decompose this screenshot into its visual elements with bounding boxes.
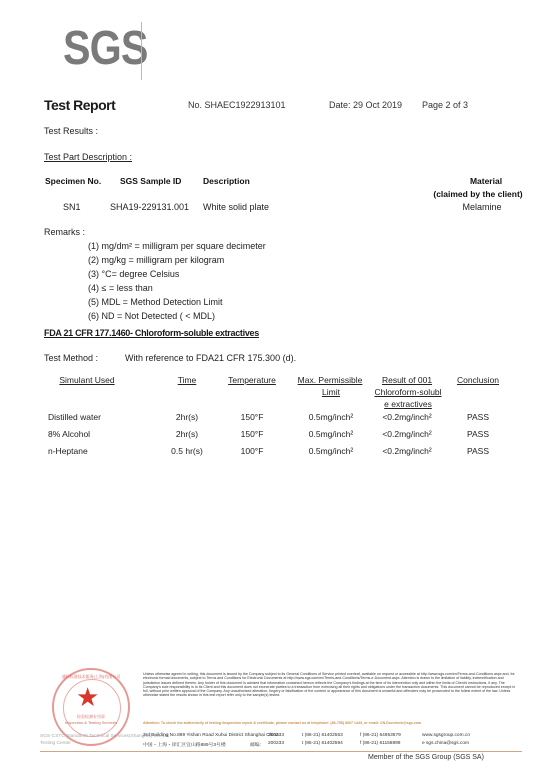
remarks-label: Remarks : <box>44 227 85 237</box>
test-results-label: Test Results : <box>44 126 98 136</box>
footer-divider <box>40 751 522 752</box>
cell-simulant: 8% Alcohol <box>48 429 90 439</box>
cell-result: <0.2mg/inch² <box>382 446 431 456</box>
remark-item: (3) °C= degree Celsius <box>88 269 179 279</box>
col-result-line1: Result of 001 <box>382 374 432 386</box>
cell-limit: 0.5mg/inch² <box>309 429 353 439</box>
company-testing-center: Testing Center <box>40 741 71 746</box>
col-specimen-no: Specimen No. <box>45 176 101 186</box>
remark-item: (6) ND = Not Detected ( < MDL) <box>88 311 215 321</box>
postcode-en: 200233 <box>268 733 284 738</box>
cell-temperature: 100°F <box>241 446 264 456</box>
report-date: Date: 29 Oct 2019 <box>329 100 402 110</box>
col-result-line3: e extractives <box>384 398 432 410</box>
cell-time: 2hr(s) <box>176 429 198 439</box>
tel-2: t (86-21) 61402594 <box>302 741 343 746</box>
seal-top-text: 通标标准技术服务(上海)有限公司 <box>54 674 128 680</box>
cell-conclusion: PASS <box>467 429 489 439</box>
website-link[interactable]: www.sgsgroup.com.cn <box>422 733 470 738</box>
col-limit-line2: Limit <box>322 386 340 398</box>
col-material-claim: (claimed by the client) <box>433 189 522 199</box>
tel-1: t (86-21) 61402553 <box>302 733 343 738</box>
col-description: Description <box>203 176 250 186</box>
col-sgs-sample-id: SGS Sample ID <box>120 176 181 186</box>
page-number: Page 2 of 3 <box>422 100 468 110</box>
description-value: White solid plate <box>203 202 269 212</box>
member-text: Member of the SGS Group (SGS SA) <box>368 754 484 761</box>
seal-bottom-text: Inspection & Testing Services <box>54 720 128 725</box>
cell-limit: 0.5mg/inch² <box>309 446 353 456</box>
sample-id-value: SHA19-229131.001 <box>110 202 189 212</box>
cell-temperature: 150°F <box>241 412 264 422</box>
cell-simulant: Distilled water <box>48 412 101 422</box>
authenticity-notice: Attention: To check the authenticity of … <box>143 721 521 725</box>
remark-item: (2) mg/kg = milligram per kilogram <box>88 255 224 265</box>
col-temperature: Temperature <box>228 374 276 386</box>
address-en: 3rd Building No.889 Yishan Road Xuhui Di… <box>143 733 279 738</box>
fax-2: f (86-21) 61156899 <box>360 741 400 746</box>
legal-disclaimer: Unless otherwise agreed in writing, this… <box>143 672 521 698</box>
address-cn: 中国・上海・徐汇区宜山路889号3号楼 <box>143 741 226 748</box>
specimen-no-value: SN1 <box>63 202 81 212</box>
cell-conclusion: PASS <box>467 446 489 456</box>
postcode-cn-label: 邮编: <box>250 741 261 748</box>
remark-item: (4) ≤ = less than <box>88 283 153 293</box>
postcode-cn: 200233 <box>268 741 284 746</box>
cell-time: 0.5 hr(s) <box>171 446 203 456</box>
star-icon: ★ <box>76 684 99 710</box>
col-time: Time <box>178 374 197 386</box>
fda-section-title: FDA 21 CFR 177.1460- Chloroform-soluble … <box>44 328 259 338</box>
fax-1: f (86-21) 64953679 <box>360 733 401 738</box>
logo-divider <box>141 22 142 80</box>
cell-time: 2hr(s) <box>176 412 198 422</box>
report-title: Test Report <box>44 97 115 113</box>
col-result-line2: Chloroform-solubl <box>374 386 441 398</box>
cell-simulant: n-Heptane <box>48 446 88 456</box>
cell-result: <0.2mg/inch² <box>382 412 431 422</box>
cell-limit: 0.5mg/inch² <box>309 412 353 422</box>
col-material: Material <box>470 176 502 186</box>
col-conclusion: Conclusion <box>457 374 499 386</box>
report-number: No. SHAEC1922913101 <box>188 100 286 110</box>
col-simulant: Simulant Used <box>59 374 114 386</box>
sgs-logo: SGS <box>63 25 148 73</box>
test-part-heading: Test Part Description : <box>44 152 132 162</box>
col-limit-line1: Max. Permissible <box>298 374 363 386</box>
test-method-value: With reference to FDA21 CFR 175.300 (d). <box>125 353 296 363</box>
cell-temperature: 150°F <box>241 429 264 439</box>
email-link[interactable]: e sgs.china@sgs.com <box>422 741 469 746</box>
remark-item: (5) MDL = Method Detection Limit <box>88 297 222 307</box>
cell-conclusion: PASS <box>467 412 489 422</box>
test-method-label: Test Method : <box>44 353 98 363</box>
remark-item: (1) mg/dm² = milligram per square decime… <box>88 241 266 251</box>
cell-result: <0.2mg/inch² <box>382 429 431 439</box>
material-value: Melamine <box>462 202 501 212</box>
